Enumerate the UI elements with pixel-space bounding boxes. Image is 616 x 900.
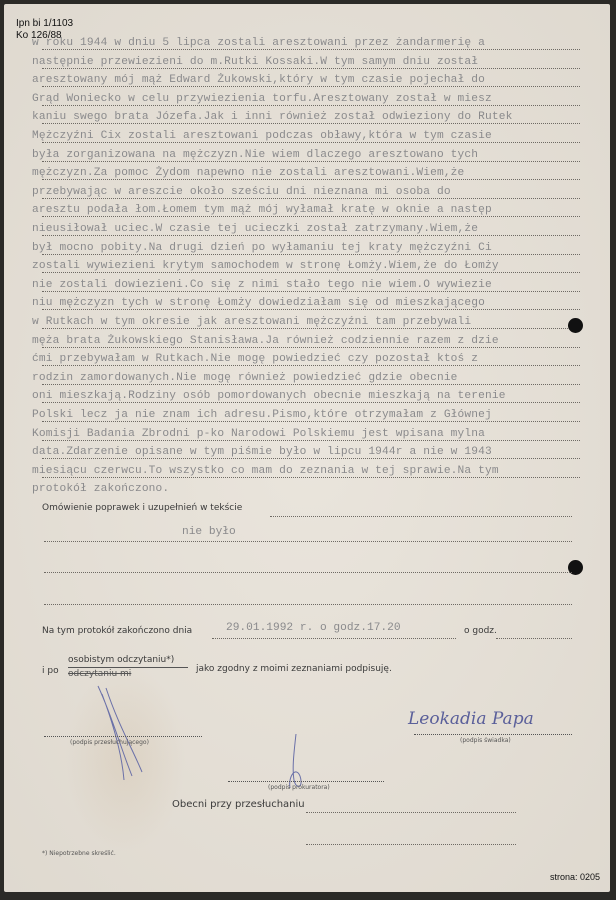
ruled-line <box>42 123 580 124</box>
footnote: *) Niepotrzebne skreślić. <box>42 850 116 857</box>
witness-sig-line <box>414 734 572 735</box>
closing-hour-line <box>496 638 572 639</box>
prosecutor-sig-label: (podpis prokuratora) <box>268 784 330 791</box>
corrections-line <box>44 572 572 573</box>
present-label: Obecni przy przesłuchaniu <box>172 799 305 810</box>
reading-prefix: i po <box>42 666 59 676</box>
ruled-line <box>42 365 580 366</box>
reading-option-1: osobistym odczytaniu*) <box>68 655 174 665</box>
ruled-line <box>42 161 580 162</box>
witness-signature: Leokadia Papa <box>408 709 534 729</box>
interrogator-signature-icon <box>92 676 152 786</box>
present-line <box>306 844 516 845</box>
ruled-line <box>42 142 580 143</box>
ruled-line <box>42 291 580 292</box>
ruled-line <box>42 49 580 50</box>
prosecutor-sig-line <box>228 781 384 782</box>
testimony-line: protokół zakończono. <box>32 480 169 502</box>
closing-hour-label: o godz. <box>464 626 497 636</box>
closing-date-value[interactable]: 29.01.1992 r. o godz.17.20 <box>226 622 401 634</box>
archive-stamp-line1: Ipn bi 1/1103 <box>16 18 73 30</box>
ruled-line <box>42 68 580 69</box>
corrections-line <box>270 516 572 517</box>
ruled-line <box>42 272 580 273</box>
ruled-line <box>42 254 580 255</box>
ruled-line <box>42 216 580 217</box>
corrections-line <box>44 604 572 605</box>
present-line <box>306 812 516 813</box>
ruled-line <box>42 421 580 422</box>
corrections-line <box>44 541 572 542</box>
ruled-line <box>42 86 580 87</box>
punch-hole <box>568 318 583 333</box>
ruled-line <box>42 328 580 329</box>
interrogator-sig-line <box>44 736 202 737</box>
ruled-line <box>42 347 580 348</box>
ruled-line <box>42 458 580 459</box>
ruled-line <box>42 384 580 385</box>
ruled-line <box>42 235 580 236</box>
ruled-line <box>42 179 580 180</box>
ruled-line <box>42 105 580 106</box>
ruled-line <box>42 198 580 199</box>
page-number: strona: 0205 <box>550 872 600 882</box>
ruled-line <box>42 440 580 441</box>
corrections-label: Omówienie poprawek i uzupełnień w tekści… <box>42 503 242 513</box>
corrections-value[interactable]: nie było <box>182 526 236 538</box>
reading-suffix: jako zgodny z moimi zeznaniami podpisuję… <box>196 664 392 674</box>
interrogator-sig-label: (podpis przesłuchującego) <box>70 739 149 746</box>
ruled-line <box>42 477 580 478</box>
ruled-line <box>42 309 580 310</box>
ruled-line <box>42 402 580 403</box>
witness-sig-label: (podpis świadka) <box>460 737 511 744</box>
closing-label: Na tym protokół zakończono dnia <box>42 626 192 636</box>
document-page: Ipn bi 1/1103 Ko 126/88 w roku 1944 w dn… <box>4 4 610 892</box>
closing-date-line <box>212 638 456 639</box>
reading-divider <box>68 667 188 668</box>
